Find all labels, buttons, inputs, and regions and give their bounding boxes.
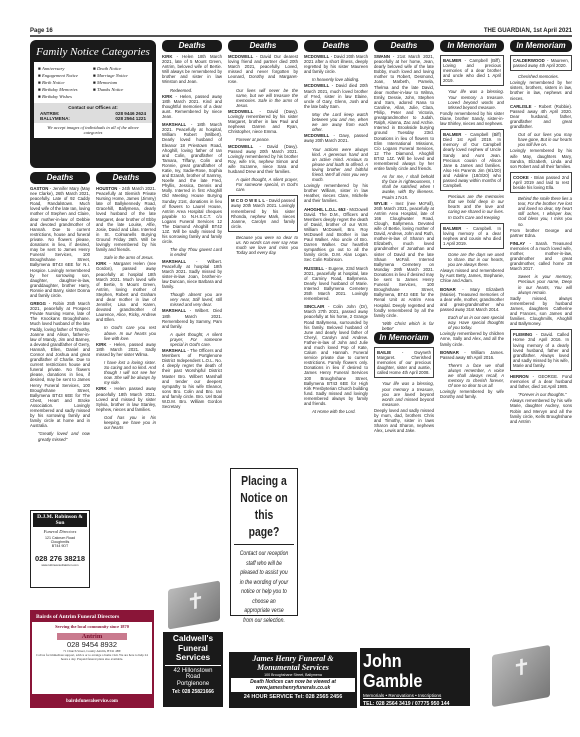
contact-offices: Contact our Offices at: ANTRIM:028 9446 … [34,103,152,123]
notice-entry: Lovingly remembered by her sisters, brot… [510,80,572,100]
category-item: Birthday Memories [38,86,93,93]
notice-text: - Campbell (Biff) Died 1st April 2019. I… [443,132,501,188]
ad-name: Caldwell's Funeral Services [165,634,221,663]
notice-entry: FINLAY - Sarah. Treasured memories of a … [510,241,572,272]
accept-images-note: We accept images of individuals in all o… [34,123,152,138]
notice-entry: RUSSELL - Eugene, 23rd March 2021, peace… [304,266,368,302]
ad-headline: Placing a Notice on this page? [240,472,288,540]
notice-entry: From brother George and partner Edna. [510,228,572,238]
ad-body: Contact our reception staff who will be … [239,549,288,625]
memoriam-column-1: In MemoriamBALMER - Campbell (Biff). Lov… [440,40,504,645]
notice-text: - Colin John (Dr), March 27th 2021, pass… [304,304,368,406]
notice-verse: Safe in the arms of Jesus. [96,255,156,260]
placing-notice-ad: Placing a Notice on this page? Contact o… [230,468,298,616]
category-item: Thanks Notice [93,86,148,93]
notice-entry: MARSHALL - 18th March 2021. Peacefully a… [162,122,222,244]
notice-text: - The Officers and Members of Portglenon… [162,348,222,409]
ad-phone: TEL: 028 2564 3419 / 07775 950 144 [363,700,467,708]
masthead: THE GUARDIAN, 1st April 2021 [484,28,572,34]
notice-text: - 21st March 2021, peacefully at her hom… [374,54,434,171]
notice-verse: There's a face we shall always remember,… [440,363,504,388]
notice-entry: FLEMING - David. Called Home 2nd April 2… [510,329,572,371]
ad-phone: 24 HOUR SERVICE Tel: 028 2565 2456 [231,694,355,700]
notice-verse: Each of us in our own special way. Have … [440,315,504,330]
notice-text: - David Our dearest loving friend and pa… [228,54,298,84]
john-gamble-ad: John Gamble Memorials • Renovations • In… [360,648,470,706]
bible-icon [168,580,220,629]
contact-title: Contact our Offices at: [40,105,146,110]
notice-verse: A quiet thought, A silent prayer, For so… [228,177,298,192]
section-header-deaths: Deaths [228,40,298,52]
category-item: Anniversary [38,65,93,72]
notice-entry: Sadly missed, always remembered by husba… [510,296,572,327]
header-rule [30,35,572,37]
notice-text: - Sarah. Treasured memories of a much lo… [510,241,572,271]
notice-text: - David passed away 20th March 2021. Lov… [231,198,295,228]
notice-verse: 'With Christ which is far better' [374,321,434,331]
notice-text: - Helen 18th March 2021, late of 5 Mount… [162,54,222,84]
ad-title: Bairds of Antrim Funeral Directors [32,612,152,622]
section-header-deaths: Deaths [162,40,222,52]
categories-list: Anniversary Death Notice Engagement Noti… [34,62,152,103]
notice-verse: Our lives will never be the same, but we… [228,88,298,108]
caldwell-funeral-ad: Caldwell's Funeral Services 42 Hillonsto… [163,632,223,707]
notice-text: - David. Called Home 2nd April 2016. In … [513,332,569,368]
notice-entry: Deeply loved and sadly missed by mum, da… [374,408,434,433]
ad-phone: Tel: 028 25821666 [165,689,221,695]
notice-text: - Robin 25th March 2021, peacefully at P… [30,301,90,428]
section-header-deaths: Deaths [96,172,156,184]
notice-entry: WYLIE - Inez (nee McFall), 26th March 20… [374,201,434,318]
notice-entry: CARLISLE - Robert (Robbie). Passed away … [510,104,572,129]
notice-entry: M C D O W E L L - David passed away 20th… [228,195,298,232]
section-header-memoriam: In Memoriam [440,40,504,52]
ad-address: 100 Broughshane Street, Ballymena [231,673,355,677]
notice-entry: MCDOWELL - David Our dearest loving frie… [228,54,298,85]
notice-entry: Always missed and remembered by Aunt Bet… [440,268,504,283]
notice-verse: Though absent you are very near, Still l… [162,292,222,307]
notice-entry: HERRON - GEORGE. Fond memories of a dear… [510,374,572,389]
notice-entry: AHOGHIL L.O.L. 653 - McDowell David. The… [304,207,368,263]
notice-entry: BALMER - Campbell (Biff). Loving and pre… [440,55,504,86]
notice-entry: Lovingly remembered by his brother Willi… [304,183,368,203]
notice-verse: As for me, I shall behold thy face in ri… [374,174,434,199]
category-item: Marriage Notice [93,72,148,79]
ad-address: BT44 9DT [33,544,87,548]
notice-text: Lovingly remembered by his brother Willi… [304,183,368,203]
notice-entry: Lovingly remembered by his wife May, dau… [510,148,572,168]
notice-verse: Cherished memories. [510,74,572,79]
notice-text: Lovingly remembered by children Anne, Sa… [440,331,504,346]
family-notice-categories-box: Family Notice Categories Anniversary Dea… [30,40,156,168]
category-item: Death Notice [93,65,148,72]
notice-text: Deeply loved and sadly missed by mum, da… [374,408,434,433]
notice-entry: KIRK - Helen, passed away 18th March 202… [162,94,222,119]
notice-entry: BONAR - Mary Elizabeth (Maisie). Treasur… [440,287,504,312]
ad-phone: 028 9454 8932 [34,640,150,649]
notice-verse: I have lost a loving sister. So caring a… [96,360,156,385]
ad-name: John Gamble [363,651,457,691]
notice-verse: Behind the smile there lies a tear, For … [510,196,572,227]
notice-entry: CALDERWOOD - Maureen, passed away 4th Ap… [510,55,572,71]
notice-verse: Precious are the memories that we hold d… [440,194,504,219]
notice-text: - 24th March 2021. Peacefully at Slemish… [96,186,156,252]
office-phone: 028 2564 1221 [115,116,146,121]
notice-entry: COOKE - Brian passed 2nd April 2019 and … [510,172,572,193]
ad-subtitle: Funeral Directors [33,529,87,534]
section-header-memoriam: In Memoriam [374,332,434,344]
section-header-deaths: Deaths [374,40,434,52]
ad-website: www.robinsonsofcalcrum.com [33,563,87,567]
categories-title: Family Notice Categories [34,46,152,58]
notice-entry: BONNAR - William James. Passed away 6th … [440,350,504,360]
deaths-column-5: DeathsMCDOWELL - David 20th March 2021 a… [304,40,368,645]
notice-entry: MCDOWELL - David (Davy). Lovingly rememb… [228,109,298,134]
notice-verse: Out of our lives you may have gone, But … [510,132,572,147]
ad-note: Call us for immediate support, advice or… [34,653,150,661]
notice-entry: GREGG - Robin 25th March 2021, peacefull… [30,301,90,428]
ad-tagline: Serving the local community since 1870 [34,624,150,629]
deaths-column-6: DeathsSWANN - 21st March 2021, peacefull… [374,40,434,645]
notice-text: Lovingly remembered by her sisters, brot… [510,80,572,100]
notice-text: Always remembered by his wife Marie, dau… [510,398,572,423]
ad-name: D.J.M. Robinson & Son [33,513,87,527]
notice-entry: Lovingly remembered by children Anne, Sa… [440,331,504,346]
page-number: Page 16 [30,28,53,34]
notice-entry: MARSHALL - The Officers and Members of P… [162,348,222,409]
ad-website: bairdsfuneralservice.com [32,694,152,704]
notice-text: - David (Davy). Passed away 20th March 2… [228,144,298,174]
notice-verse: "Greatly loved and now greatly missed" [30,431,90,441]
notice-verse: The day Thou gavest Lord is ended [162,247,222,257]
notice-text: - Eugene, 23rd March 2021, peacefully at… [304,266,368,302]
notice-entry: MARSHALL - Wilbert. Died 18th March 2021… [162,308,222,328]
notice-verse: Because you were so dear to us. No words… [228,235,298,255]
office-name: BALLYMENA: [40,116,70,121]
notice-verse: At Home with the Lord. [304,409,368,414]
ad-address: Portglenone [165,681,221,688]
notice-text: - Wilbert. Peacefully at hospital 18th M… [162,259,222,289]
section-header-deaths: Deaths [304,40,368,52]
notice-entry: KIRK - Helen, passed away 18th March 202… [96,342,156,357]
bible-icon [492,645,550,707]
notice-text: - 18th March 2021. Peacefully at hospita… [162,122,222,244]
notice-entry: BALMER - Campbell (Biff) Died 1st April … [440,129,504,191]
category-item: Engagement Notice [38,72,93,79]
notice-entry: SINCLAIR - Colin John (Dr), March 27th 2… [304,304,368,406]
ad-address: 8 Rathmore Heights, Ballymena [363,708,467,716]
ad-services: Memorials • Renovations • Inscriptions [363,693,467,698]
notice-verse: A quiet thought, A silent prayer, For so… [162,332,222,347]
notice-entry: MCDOWELL - Davy, passed away 20th March … [304,133,368,143]
deaths-column-1: DeathsGASTON - Jennifer Mary (May nee Cl… [30,172,90,502]
notice-verse: Your actions were always kind. A generou… [304,147,368,183]
notice-verse: Gone are the days we used to share. But … [440,252,504,267]
notice-entry: MCDOWELL - David (Davy). Passed away 20t… [228,144,298,175]
notice-entry: Lovingly remembered by wife Dorothy and … [440,389,504,399]
notice-entry: BALMER - Campbell. In loving memory of a… [440,223,504,249]
notice-entry: KIRK - Helen 18th March 2021, late of 5 … [162,54,222,85]
notice-verse: "Forever in our thoughts." [510,392,572,397]
bairds-funeral-ad: Bairds of Antrim Funeral Directors Servi… [30,610,154,708]
robinson-funeral-ad: D.J.M. Robinson & Son Funeral Directors … [30,510,90,588]
notice-entry: MARSHALL - Wilbert. Peacefully at hospit… [162,259,222,290]
section-header-memoriam: In Memoriam [510,40,572,52]
category-item: Birthday Wishes [38,93,93,100]
section-header-deaths: Deaths [30,172,90,184]
deaths-column-3: DeathsKIRK - Helen 18th March 2021, late… [162,40,222,615]
ad-town: Antrim [57,633,127,640]
notice-verse: May the Lord keep watch between you and … [304,112,368,132]
notice-text: Fondly remembered by his sister Diane, b… [440,111,504,126]
notice-verse: In heavenly love abiding. [304,77,368,82]
notice-text: From brother George and partner Edna. [510,228,572,238]
james-henry-funeral-ad: James Henry Funeral & Monumental Service… [229,652,357,708]
deaths-column-2: DeathsHOUSTON - 24th March 2021. Peacefu… [96,172,156,610]
deaths-column-4: DeathsMCDOWELL - David Our dearest lovin… [228,40,298,465]
notice-text: Sadly missed, always remembered by husba… [510,296,572,326]
notice-entry: MCDOWELL - David died 20th March 2021, m… [304,83,368,108]
notice-verse: God has you in his keeping, we have you … [96,415,156,430]
notice-text: Lovingly remembered by his wife May, dau… [510,148,572,168]
notice-text: Always missed and remembered by Aunt Bet… [440,268,504,283]
notice-text: Lovingly remembered by wife Dorothy and … [440,389,504,399]
notice-text: - Margaret Helen (nee Gordon), passed aw… [96,261,156,322]
notice-verse: In God's care you rest above. In our hea… [96,325,156,340]
notice-entry: Always remembered by his wife Marie, dau… [510,398,572,423]
ad-name: James Henry Funeral & Monumental Service… [231,654,355,672]
notice-entry: KIRK - Margaret Helen (nee Gordon), pass… [96,261,156,322]
notice-entry: HOUSTON - 24th March 2021. Peacefully at… [96,186,156,252]
notice-entry: MCDOWELL - David 20th March 2021 after a… [304,54,368,74]
category-item: Birth Notice [38,79,93,86]
notice-text: - McDowell David. The D.M., Officers and… [304,207,368,263]
notice-verse: Your life was a blessing, your memory a … [374,381,434,406]
notice-entry: Fondly remembered by his sister Diane, b… [440,111,504,126]
notice-verse: Redeemed. [162,88,222,93]
memoriam-column-2: In MemoriamCALDERWOOD - Maureen, passed … [510,40,572,645]
notice-text: - Inez (nee McFall), 26th March 2021, pe… [374,201,434,318]
notice-entry: KIRK - Helen passed away peacefully 18th… [96,386,156,411]
notice-entry: SWANN - 21st March 2021, peacefully at h… [374,54,434,171]
notice-text: - Jennifer Mary (May nee Clarke), 26th M… [30,186,90,298]
notice-entry: BAILIE - Gwyneth Margaret. Cherished mem… [374,347,434,378]
ad-phone: 028 276 38218 [33,554,87,563]
ad-notice: Death Notices can now be viewed at www.j… [231,678,355,692]
notice-entry: GASTON - Jennifer Mary (May nee Clarke),… [30,186,90,298]
notice-verse: Your life was a blessing. Your memory a … [440,89,504,109]
category-item: Memoriam [93,79,148,86]
notice-verse: Sweet is your memory, Precious your name… [510,274,572,294]
notice-verse: Forever at peace. [228,137,298,142]
